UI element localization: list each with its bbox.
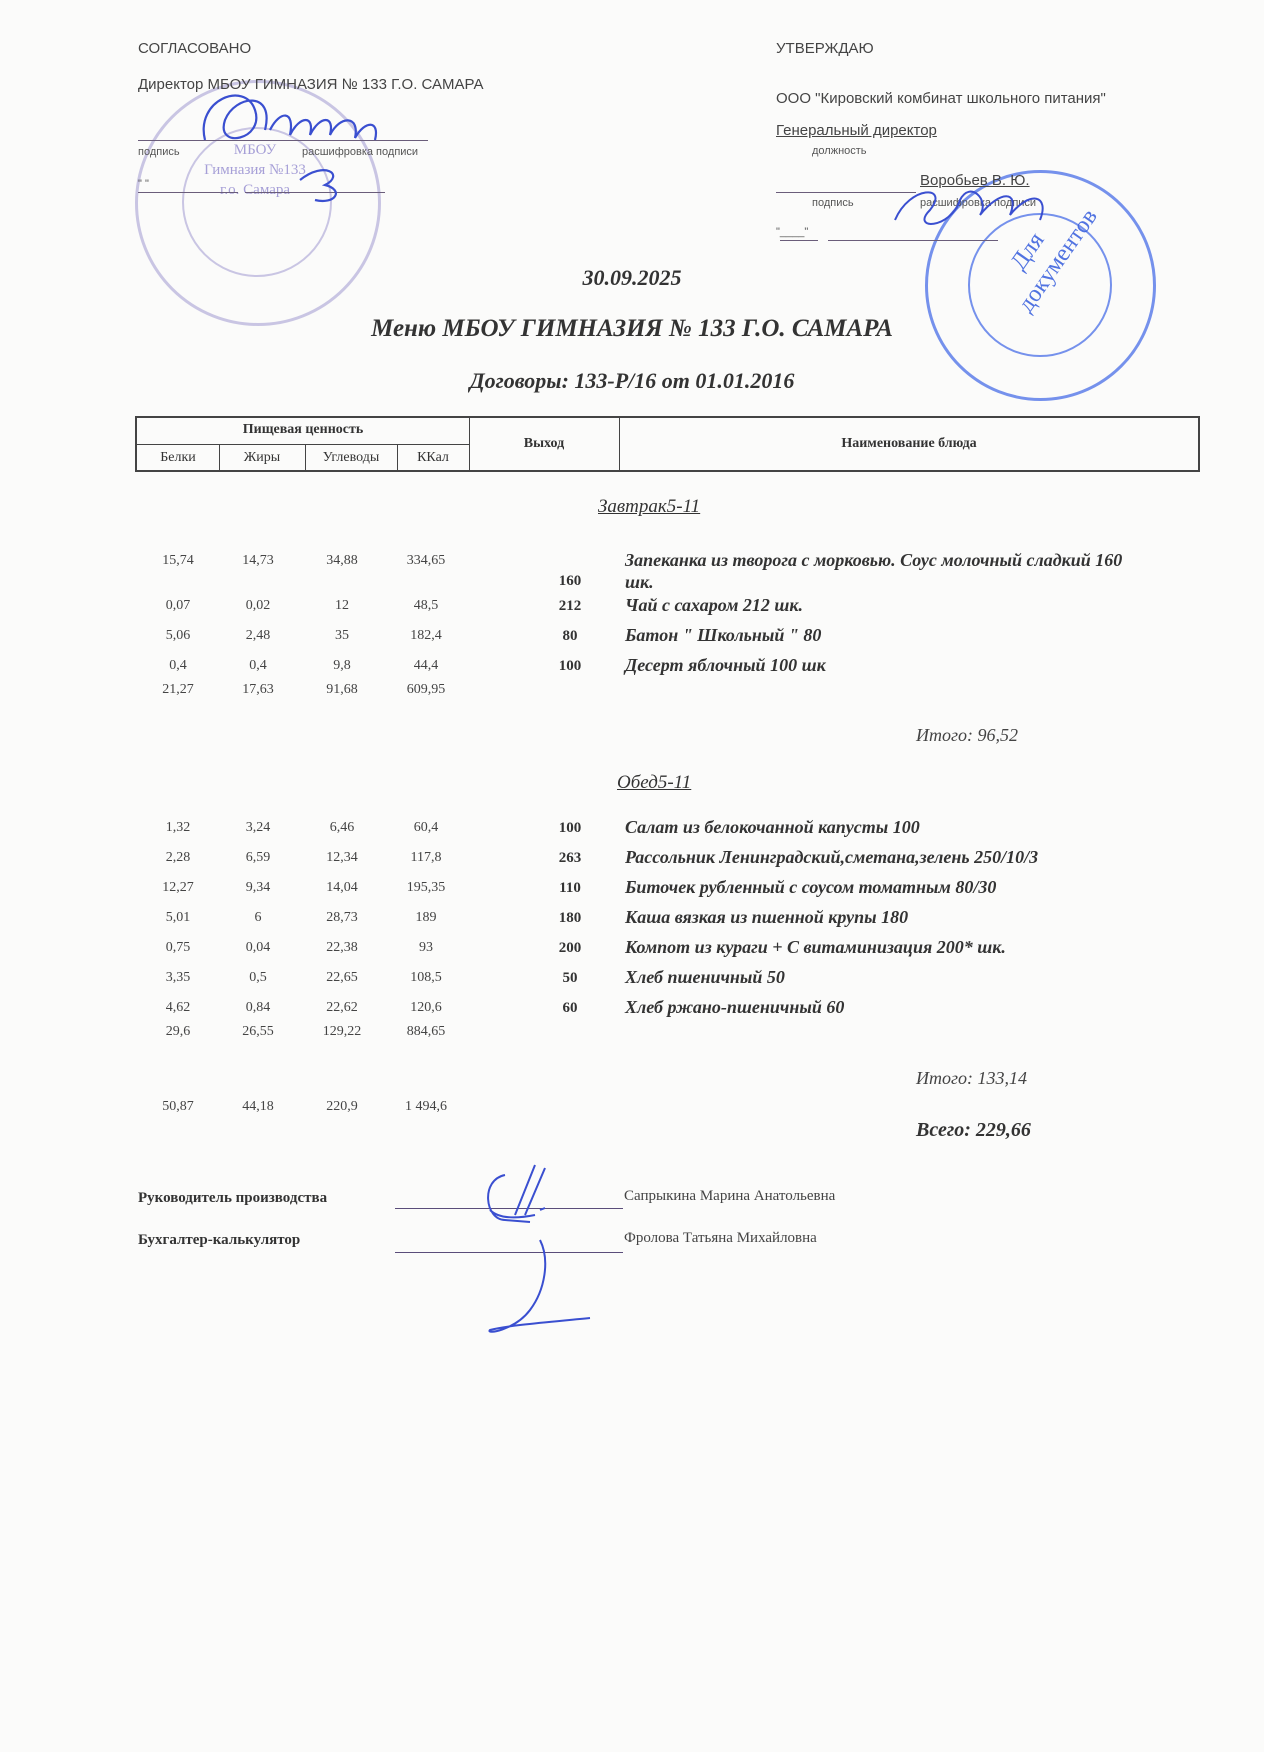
- proteins-cell: 21,27: [138, 682, 218, 698]
- carbs-cell: 12,34: [302, 850, 382, 866]
- kcal-cell: 44,4: [386, 658, 466, 674]
- breakfast-total: Итого: 96,52: [916, 725, 1018, 746]
- menu-date: 30.09.2025: [0, 265, 1264, 291]
- proteins-cell: 4,62: [138, 1000, 218, 1016]
- carbs-cell: 22,65: [302, 970, 382, 986]
- proteins-cell: 0,07: [138, 598, 218, 614]
- dish-name: Запеканка из творога с морковью. Соус мо…: [625, 549, 1145, 593]
- carbs-cell: 129,22: [302, 1024, 382, 1040]
- lunch-section-title: Обед5-11: [617, 772, 691, 794]
- grand-total: Всего: 229,66: [916, 1119, 1031, 1142]
- fats-cell: 26,55: [218, 1024, 298, 1040]
- fats-cell: 14,73: [218, 553, 298, 569]
- output-cell: 110: [530, 880, 610, 897]
- fats-cell: 0,5: [218, 970, 298, 986]
- kcal-cell: 48,5: [386, 598, 466, 614]
- handwritten-signatures: [480, 1160, 600, 1340]
- output-cell: 100: [530, 658, 610, 675]
- proteins-cell: 5,06: [138, 628, 218, 644]
- fats-cell: 6: [218, 910, 298, 926]
- director-signature: [185, 80, 395, 200]
- kcal-cell: 93: [386, 940, 466, 956]
- fats-cell: 2,48: [218, 628, 298, 644]
- kcal-cell: 1 494,6: [386, 1099, 466, 1115]
- signature-caption: подпись: [812, 197, 854, 209]
- production-manager-label: Руководитель производства: [138, 1190, 327, 1207]
- dish-name: Хлеб ржано-пшеничный 60: [625, 996, 1145, 1018]
- date-quotes: "____": [776, 226, 808, 238]
- dish-name: Биточек рубленный с соусом томатным 80/3…: [625, 876, 1145, 898]
- proteins-cell: 0,75: [138, 940, 218, 956]
- output-cell: 180: [530, 910, 610, 927]
- fats-cell: 9,34: [218, 880, 298, 896]
- approval-right-heading: УТВЕРЖДАЮ: [776, 40, 874, 57]
- proteins-cell: 15,74: [138, 553, 218, 569]
- fats-cell: 0,02: [218, 598, 298, 614]
- output-header: Выход: [469, 436, 619, 452]
- carbs-cell: 22,38: [302, 940, 382, 956]
- accountant-name: Фролова Татьяна Михайловна: [624, 1230, 817, 1247]
- carbs-cell: 12: [302, 598, 382, 614]
- carbs-cell: 34,88: [302, 553, 382, 569]
- position-caption: должность: [812, 145, 867, 157]
- carbs-cell: 6,46: [302, 820, 382, 836]
- carbs-cell: 9,8: [302, 658, 382, 674]
- fats-header: Жиры: [219, 450, 305, 466]
- proteins-cell: 1,32: [138, 820, 218, 836]
- proteins-cell: 29,6: [138, 1024, 218, 1040]
- general-director-signature: [890, 180, 1070, 240]
- output-cell: 100: [530, 820, 610, 837]
- proteins-cell: 12,27: [138, 880, 218, 896]
- date-line: [828, 240, 998, 241]
- dish-name: Батон " Школьный " 80: [625, 624, 1145, 646]
- accountant-label: Бухгалтер-калькулятор: [138, 1232, 300, 1249]
- table-header: Пищевая ценность Белки Жиры Углеводы ККа…: [135, 416, 1200, 472]
- fats-cell: 0,04: [218, 940, 298, 956]
- proteins-cell: 0,4: [138, 658, 218, 674]
- dish-name: Каша вязкая из пшенной крупы 180: [625, 906, 1145, 928]
- kcal-cell: 182,4: [386, 628, 466, 644]
- carbs-header: Углеводы: [305, 450, 397, 466]
- proteins-cell: 50,87: [138, 1099, 218, 1115]
- output-cell: 80: [530, 628, 610, 645]
- carbs-cell: 28,73: [302, 910, 382, 926]
- fats-cell: 3,24: [218, 820, 298, 836]
- dish-name: Чай с сахаром 212 шк.: [625, 594, 1145, 616]
- kcal-cell: 117,8: [386, 850, 466, 866]
- carbs-cell: 220,9: [302, 1099, 382, 1115]
- kcal-header: ККал: [397, 450, 469, 466]
- menu-title: Меню МБОУ ГИМНАЗИЯ № 133 Г.О. САМАРА: [0, 315, 1264, 343]
- proteins-header: Белки: [137, 450, 219, 466]
- kcal-cell: 334,65: [386, 553, 466, 569]
- output-cell: 263: [530, 850, 610, 867]
- carbs-cell: 22,62: [302, 1000, 382, 1016]
- dish-name: Компот из кураги + С витаминизация 200* …: [625, 936, 1145, 958]
- kcal-cell: 195,35: [386, 880, 466, 896]
- carbs-cell: 91,68: [302, 682, 382, 698]
- kcal-cell: 120,6: [386, 1000, 466, 1016]
- fats-cell: 44,18: [218, 1099, 298, 1115]
- lunch-total: Итого: 133,14: [916, 1068, 1027, 1089]
- dish-name: Хлеб пшеничный 50: [625, 966, 1145, 988]
- proteins-cell: 3,35: [138, 970, 218, 986]
- kcal-cell: 189: [386, 910, 466, 926]
- fats-cell: 6,59: [218, 850, 298, 866]
- carbs-cell: 35: [302, 628, 382, 644]
- output-cell: 160: [530, 573, 610, 590]
- header-divider: [137, 444, 469, 445]
- fats-cell: 17,63: [218, 682, 298, 698]
- carbs-cell: 14,04: [302, 880, 382, 896]
- approval-left-heading: СОГЛАСОВАНО: [138, 40, 251, 57]
- contract-info: Договоры: 133-Р/16 от 01.01.2016: [0, 368, 1264, 394]
- output-cell: 212: [530, 598, 610, 615]
- signature-caption: подпись: [138, 146, 180, 158]
- kcal-cell: 60,4: [386, 820, 466, 836]
- nutrition-header: Пищевая ценность: [137, 422, 469, 438]
- output-cell: 50: [530, 970, 610, 987]
- dish-name: Рассольник Ленинградский,сметана,зелень …: [625, 846, 1145, 868]
- director-position: Генеральный директор: [776, 122, 937, 139]
- fats-cell: 0,4: [218, 658, 298, 674]
- proteins-cell: 2,28: [138, 850, 218, 866]
- dish-name: Салат из белокочанной капусты 100: [625, 816, 1145, 838]
- production-manager-name: Сапрыкина Марина Анатольевна: [624, 1188, 835, 1205]
- dish-name: Десерт яблочный 100 шк: [625, 654, 1145, 676]
- proteins-cell: 5,01: [138, 910, 218, 926]
- date-line: [780, 240, 818, 241]
- output-cell: 60: [530, 1000, 610, 1017]
- breakfast-section-title: Завтрак5-11: [598, 496, 700, 518]
- dish-name-header: Наименование блюда: [619, 436, 1199, 452]
- fats-cell: 0,84: [218, 1000, 298, 1016]
- kcal-cell: 108,5: [386, 970, 466, 986]
- company-name: ООО "Кировский комбинат школьного питани…: [776, 90, 1106, 107]
- kcal-cell: 884,65: [386, 1024, 466, 1040]
- date-quotes: " ": [138, 178, 149, 190]
- output-cell: 200: [530, 940, 610, 957]
- kcal-cell: 609,95: [386, 682, 466, 698]
